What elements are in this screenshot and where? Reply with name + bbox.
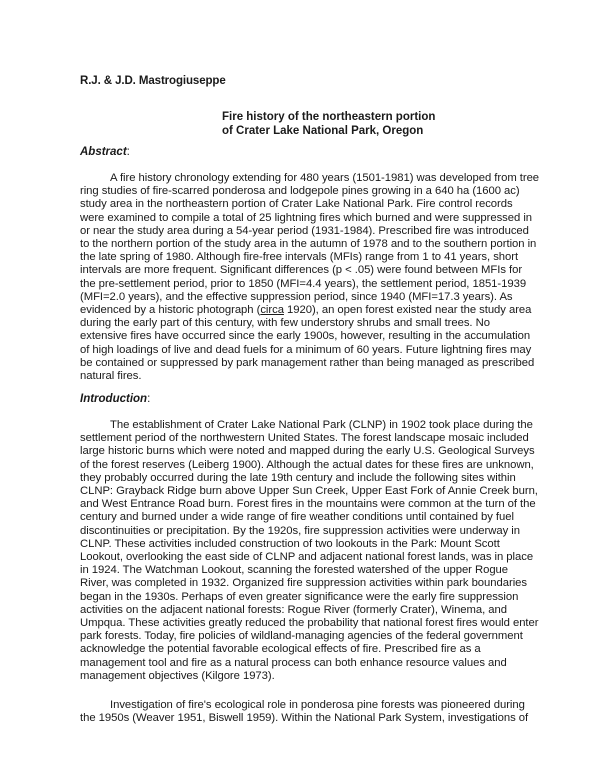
abstract-line: during the early part of this century, w… <box>80 317 540 330</box>
intro-line: CLNP: Grayback Ridge burn above Upper Su… <box>80 485 540 498</box>
intro-line: large historic burns which were noted an… <box>80 445 540 458</box>
intro-line: Umpqua. These activities greatly reduced… <box>80 617 540 630</box>
intro-line: management objectives (Kilgore 1973). <box>80 670 540 683</box>
intro-line: century and burned under a wide range of… <box>80 511 540 524</box>
introduction-paragraph-1: The establishment of Crater Lake Nationa… <box>80 419 540 683</box>
abstract-line: to the northern portion of the study are… <box>80 238 540 251</box>
intro-line: Investigation of fire's ecological role … <box>80 699 540 712</box>
abstract-line: the pre-settlement period, prior to 1850… <box>80 278 540 291</box>
abstract-heading: Abstract: <box>80 146 130 158</box>
abstract-line: study area in the northeastern portion o… <box>80 198 540 211</box>
abstract-line: of high loadings of live and dead fuels … <box>80 344 540 357</box>
abstract-paragraph: A fire history chronology extending for … <box>80 172 540 383</box>
intro-line: they probably occurred during the late 1… <box>80 472 540 485</box>
intro-line: park forests. Today, fire policies of wi… <box>80 630 540 643</box>
intro-line: acknowledge the potential favorable ecol… <box>80 643 540 656</box>
abstract-line: ring studies of fire-scarred ponderosa a… <box>80 185 540 198</box>
abstract-line: intervals are more frequent. Significant… <box>80 264 540 277</box>
intro-line: in 1924. The Watchman Lookout, scanning … <box>80 564 540 577</box>
circa-underlined: circa <box>260 304 284 316</box>
introduction-paragraph-2: Investigation of fire's ecological role … <box>80 699 540 725</box>
title-line-2: of Crater Lake National Park, Oregon <box>222 124 422 138</box>
intro-line: discontinuities or precipitation. By the… <box>80 525 540 538</box>
intro-line: activities on the adjacent national fore… <box>80 604 540 617</box>
abstract-line-circa: evidenced by a historic photograph (circ… <box>80 304 540 317</box>
intro-line: began in the 1930s. Perhaps of even grea… <box>80 591 540 604</box>
intro-line: settlement period of the northwestern Un… <box>80 432 540 445</box>
abstract-line: (MFI=2.0 years), and the effective suppr… <box>80 291 540 304</box>
abstract-line: be contained or suppressed by park manag… <box>80 357 540 370</box>
author-line: R.J. & J.D. Mastrogiuseppe <box>80 75 226 87</box>
paper-title: Fire history of the northeastern portion… <box>222 110 422 138</box>
title-line-1: Fire history of the northeastern portion <box>222 110 422 124</box>
abstract-line: the late spring of 1980. Although fire-f… <box>80 251 540 264</box>
intro-line: The establishment of Crater Lake Nationa… <box>80 419 540 432</box>
intro-line: management tool and fire as a natural pr… <box>80 657 540 670</box>
intro-line: and West Entrance Road burn. Forest fire… <box>80 498 540 511</box>
intro-line: CLNP. These activities included construc… <box>80 538 540 551</box>
abstract-line: A fire history chronology extending for … <box>80 172 540 185</box>
abstract-line: were examined to compile a total of 25 l… <box>80 212 540 225</box>
intro-line: River, was completed in 1932. Organized … <box>80 577 540 590</box>
intro-line: Lookout, overlooking the east side of CL… <box>80 551 540 564</box>
abstract-line: natural fires. <box>80 370 540 383</box>
intro-line: of the forest reserves (Leiberg 1900). A… <box>80 459 540 472</box>
intro-line: the 1950s (Weaver 1951, Biswell 1959). W… <box>80 712 540 725</box>
introduction-heading: Introduction: <box>80 393 150 405</box>
abstract-line: or near the study area during a 54-year … <box>80 225 540 238</box>
abstract-line: extensive fires have occurred since the … <box>80 330 540 343</box>
